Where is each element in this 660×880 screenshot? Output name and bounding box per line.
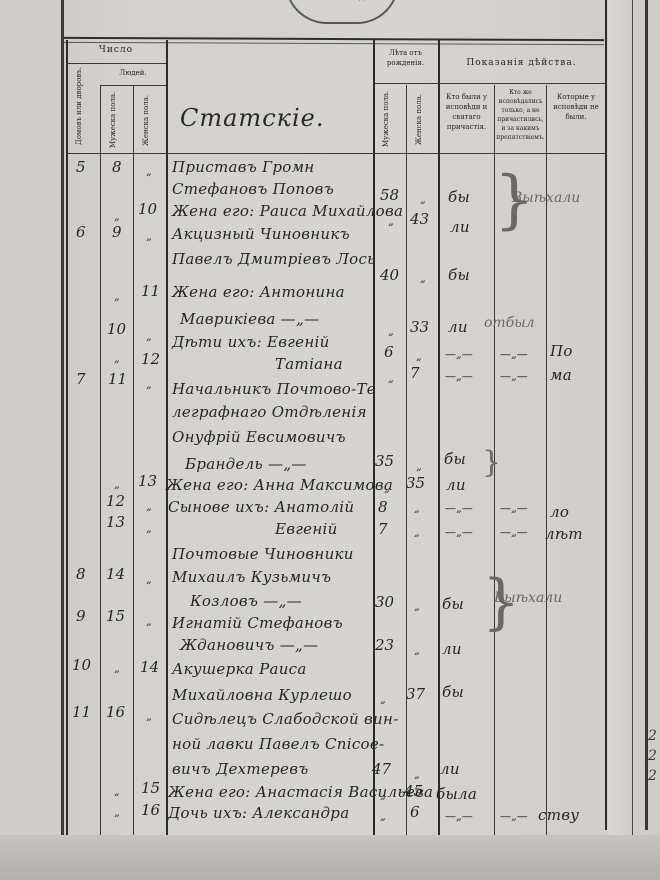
ditto-mark: —„— (500, 502, 528, 515)
ditto-mark: „ (146, 500, 152, 513)
ditto-mark: „ (146, 573, 152, 586)
ditto-mark: —„— (445, 810, 473, 823)
person-name: Жена его: Раиса Михайлова (172, 202, 403, 220)
header-line-confession-group (438, 83, 605, 84)
household-number: 6 (76, 223, 86, 241)
binding-rule (61, 0, 64, 880)
male-number: 11 (108, 370, 127, 388)
female-number: 14 (140, 658, 159, 676)
person-name: Жена его: Анна Максимова (166, 476, 393, 494)
header-col-confessed-only: Кто же исповѣдались только, а не причаст… (495, 88, 546, 142)
col-line-left-border (66, 40, 68, 840)
ditto-mark: —„— (500, 370, 528, 383)
person-name: Ждановичъ —„— (180, 636, 318, 654)
top-double-rule (64, 37, 604, 45)
person-name: Михайловна Курлешо (172, 686, 352, 704)
household-number: 8 (76, 565, 86, 583)
not-confessed-mark: ству (538, 806, 579, 824)
ditto-mark: „ (114, 210, 120, 223)
person-name: Жена его: Анастасія Васильева (168, 783, 433, 801)
male-number: 15 (106, 607, 125, 625)
ditto-mark: „ (420, 193, 426, 206)
male-number: 8 (112, 158, 122, 176)
age-female: 6 (410, 803, 420, 821)
next-page-number: 2 (648, 728, 657, 744)
pencil-note-departed: отбыл (484, 315, 535, 331)
col-line-right-border (605, 0, 607, 830)
ditto-mark: „ (420, 272, 426, 285)
age-female: 45 (404, 782, 423, 800)
household-number: 11 (72, 703, 91, 721)
confessed-mark: ли (446, 476, 466, 494)
header-col-households: Домовъ или дворовъ. (74, 62, 98, 150)
ditto-mark: „ (414, 768, 420, 781)
household-number: 9 (76, 607, 86, 625)
header-col-people-female: Женска пола. (141, 90, 159, 150)
person-name: Сынове ихъ: Анатолій (168, 498, 354, 516)
female-number: 10 (138, 200, 157, 218)
not-confessed-mark: По (550, 342, 573, 360)
age-male: 47 (372, 760, 391, 778)
age-female: 37 (406, 685, 425, 703)
confessed-mark: бы (442, 595, 464, 613)
female-number: 12 (141, 350, 160, 368)
ditto-mark: „ (146, 230, 152, 243)
ditto-mark: „ (416, 350, 422, 363)
ditto-mark: „ (114, 478, 120, 491)
ditto-mark: —„— (445, 502, 473, 515)
person-name: Козловъ —„— (190, 592, 302, 610)
document-page: СУПЕРИНТЕНДАНТ Число Домовъ или дворовъ.… (0, 0, 660, 880)
age-female: 33 (410, 318, 429, 336)
ditto-mark: „ (114, 785, 120, 798)
person-name: Начальникъ Почтово-Те (172, 380, 376, 398)
col-line-people-female (166, 40, 168, 840)
header-col-age-female: Женска пола. (414, 88, 432, 150)
ditto-mark: „ (380, 810, 386, 823)
ditto-mark: „ (114, 806, 120, 819)
next-page-rule (645, 0, 648, 830)
age-male: 58 (380, 186, 399, 204)
ditto-mark: „ (388, 325, 394, 338)
col-line-households (100, 85, 101, 840)
person-name: Дочь ихъ: Александра (168, 804, 349, 822)
person-name: Игнатій Стефановъ (172, 614, 343, 632)
pencil-note-departed: Выѣхали (512, 190, 580, 206)
age-female: 43 (410, 210, 429, 228)
age-female: 35 (406, 474, 425, 492)
age-male: 35 (375, 452, 394, 470)
header-col-not-confessed: Которые у исповѣди не были. (548, 92, 604, 122)
male-number: 14 (106, 565, 125, 583)
ditto-mark: —„— (445, 370, 473, 383)
age-male: 23 (375, 636, 394, 654)
male-number: 12 (106, 492, 125, 510)
ditto-mark: „ (146, 330, 152, 343)
male-number: 13 (106, 513, 125, 531)
household-number: 5 (76, 158, 86, 176)
ditto-mark: —„— (500, 526, 528, 539)
col-line-age-male (406, 85, 407, 840)
ditto-mark: „ (414, 502, 420, 515)
confessed-mark: ли (440, 760, 460, 778)
page-edge-line (632, 0, 633, 880)
page-bottom-edge (0, 835, 660, 880)
person-name: Онуфрій Евсимовичъ (172, 428, 346, 446)
age-male: 40 (380, 266, 399, 284)
section-title: Статскіе. (180, 104, 324, 132)
person-name: Акушерка Раиса (172, 660, 307, 678)
male-number: 10 (107, 320, 126, 338)
ditto-mark: „ (416, 460, 422, 473)
household-number: 7 (76, 370, 86, 388)
ditto-mark: „ (146, 378, 152, 391)
confessed-mark: бы (448, 266, 470, 284)
female-number: 13 (138, 472, 157, 490)
header-line-people-group (100, 85, 166, 86)
page-fold (608, 0, 632, 880)
not-confessed-mark: ло (550, 503, 569, 521)
person-name: Дѣти ихъ: Евгеній (172, 333, 330, 351)
person-name: Евгеній (275, 520, 338, 538)
person-name: Татіана (275, 355, 343, 373)
ditto-mark: „ (146, 165, 152, 178)
ditto-mark: —„— (500, 810, 528, 823)
confessed-mark: ли (442, 640, 462, 658)
left-page-margin (0, 0, 62, 880)
age-male: 6 (384, 343, 394, 361)
ditto-mark: „ (388, 372, 394, 385)
ditto-mark: „ (114, 290, 120, 303)
ditto-mark: „ (380, 789, 386, 802)
male-number: 9 (112, 223, 122, 241)
person-name: Почтовые Чиновники (172, 545, 354, 563)
person-name: Михаилъ Кузьмичъ (172, 568, 331, 586)
person-name: Павелъ Дмитріевъ Лось (172, 250, 376, 268)
age-male: 30 (375, 593, 394, 611)
next-page-number: 2 (648, 748, 657, 764)
confessed-mark: бы (444, 450, 466, 468)
header-col-age-male: Мужеска пола. (381, 88, 399, 150)
seal-stamp-icon: СУПЕРИНТЕНДАНТ (285, 0, 399, 24)
header-group-age: Лѣта отъ рожденія. (373, 48, 438, 68)
next-page-number: 2 (648, 768, 657, 784)
age-male: 7 (378, 520, 388, 538)
ditto-mark: —„— (445, 526, 473, 539)
seal-text: СУПЕРИНТЕНДАНТ (302, 0, 381, 2)
age-female: 7 (410, 364, 420, 382)
female-number: 15 (141, 779, 160, 797)
person-name: Жена его: Антонина (172, 283, 345, 301)
female-number: 11 (141, 282, 160, 300)
person-name: ной лавки Павелъ Спісое- (172, 735, 384, 753)
header-group-number: Число (66, 45, 166, 55)
ditto-mark: „ (146, 522, 152, 535)
pencil-note-departed: Выѣхали (494, 590, 562, 606)
ditto-mark: „ (146, 615, 152, 628)
person-name: Маврикіева —„— (180, 310, 319, 328)
person-name: Стефановъ Поповъ (172, 180, 334, 198)
not-confessed-mark: лѣт (545, 525, 583, 543)
ditto-mark: „ (380, 693, 386, 706)
header-group-confession: Показанія дѣйства. (438, 58, 605, 68)
header-group-people: Людей. (100, 68, 166, 78)
header-line-age-group (373, 83, 438, 84)
person-name: Акцизный Чиновникъ (172, 225, 350, 243)
person-name: Приставъ Громн (172, 158, 315, 176)
male-number: 16 (106, 703, 125, 721)
ditto-mark: „ (384, 482, 390, 495)
not-confessed-mark: ма (550, 366, 572, 384)
pencil-brace: } (482, 448, 501, 478)
header-bottom-line (66, 153, 605, 154)
ditto-mark: —„— (445, 348, 473, 361)
confessed-mark: бы (442, 683, 464, 701)
confessed-mark: ли (450, 218, 470, 236)
col-line-age-female (438, 40, 440, 840)
confessed-mark: была (436, 785, 477, 803)
ditto-mark: „ (114, 662, 120, 675)
ditto-mark: „ (414, 644, 420, 657)
person-name: Сидѣлецъ Слабодской вин- (172, 710, 399, 728)
header-col-confessed: Кто были у исповѣди и святаго причастія. (440, 92, 493, 132)
ditto-mark: „ (414, 600, 420, 613)
age-male: 8 (378, 498, 388, 516)
household-number: 10 (72, 656, 91, 674)
header-col-people-male: Мужеска пола. (108, 90, 126, 150)
ditto-mark: „ (146, 710, 152, 723)
confessed-mark: бы (448, 188, 470, 206)
ditto-mark: „ (114, 352, 120, 365)
confessed-mark: ли (448, 318, 468, 336)
ditto-mark: „ (414, 526, 420, 539)
person-name: Брандель —„— (185, 455, 307, 473)
female-number: 16 (141, 801, 160, 819)
ditto-mark: —„— (500, 348, 528, 361)
ditto-mark: „ (388, 215, 394, 228)
person-name: вичъ Дехтеревъ (172, 760, 309, 778)
col-line-people-male (133, 85, 134, 840)
person-name: леграфнаго Отдѣленія (172, 403, 367, 421)
